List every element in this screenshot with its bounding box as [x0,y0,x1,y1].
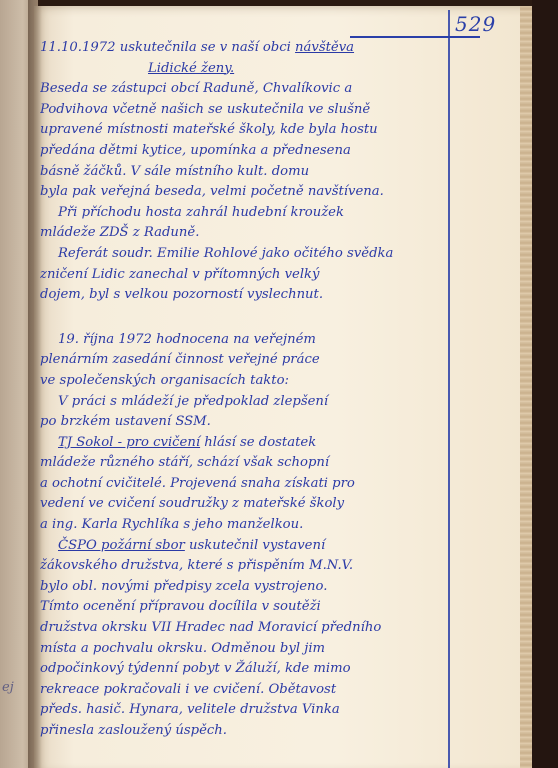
entry1-heading-underlined: návštěva [295,40,354,55]
text-line: Podvihova včetně našich se uskutečnila v… [40,100,445,121]
sokol-heading: TJ Sokol - pro cvičení hlásí se dostatek [40,433,445,454]
fire-brigade-text: uskutečnil vystavení [185,538,325,553]
text-line: V práci s mládeží je předpoklad zlepšení [40,392,445,413]
document-scan: 529 ej 11.10.1972 uskutečnila se v naší … [0,0,558,768]
text-line: bylo obl. novými předpisy zcela vystroje… [40,577,445,598]
text-line: upravené místnosti mateřské školy, kde b… [40,120,445,141]
text-line: 19. října 1972 hodnocena na veřejném [40,330,445,351]
text-line: rekreace pokračovali i ve cvičení. Oběta… [40,680,445,701]
text-line: byla pak veřejná beseda, velmi početně n… [40,182,445,203]
entry1-title: Lidické ženy. [40,59,445,80]
text-line: předána dětmi kytice, upomínka a přednes… [40,141,445,162]
entry1-date: 11.10.1972 [40,40,116,55]
sokol-underlined: TJ Sokol - pro cvičení [58,435,200,450]
text-line: družstva okrsku VII Hradec nad Moravicí … [40,618,445,639]
text-line: místa a pochvalu okrsku. Odměnou byl jim [40,639,445,660]
text-line: Při příchodu hosta zahrál hudební krouže… [40,203,445,224]
text-line: dojem, byl s velkou pozorností vyslechnu… [40,285,445,306]
text-line: mládeže různého stáří, schází však schop… [40,453,445,474]
text-line: odpočinkový týdenní pobyt v Žáluží, kde … [40,659,445,680]
page-number: 529 [455,12,496,36]
text-line: vedení ve cvičení soudružky z mateřské š… [40,494,445,515]
fire-brigade-heading: ČSPO požární sbor uskutečnil vystavení [40,536,445,557]
text-line: po brzkém ustavení SSM. [40,412,445,433]
text-line: Referát soudr. Emilie Rohlové jako očité… [40,244,445,265]
page-edge [520,6,532,768]
text-line: a ochotní cvičitelé. Projevená snaha zís… [40,474,445,495]
text-line: ve společenských organisacích takto: [40,371,445,392]
book-binding [532,0,558,768]
text-line: přinesla zasloužený úspěch. [40,721,445,742]
text-line: předs. hasič. Hynara, velitele družstva … [40,700,445,721]
entry1-heading-text: uskutečnila se v naší obci [116,40,296,55]
text-line: Tímto ocenění přípravou docílila v soutě… [40,597,445,618]
fire-brigade-underlined: ČSPO požární sbor [58,538,185,553]
text-line: žákovského družstva, které s přispěním M… [40,556,445,577]
entry1-heading: 11.10.1972 uskutečnila se v naší obci ná… [40,38,445,59]
text-line: básně žáčků. V sále místního kult. domu [40,162,445,183]
text-line: zničení Lidic zanechal v přítomných velk… [40,265,445,286]
sokol-text: hlásí se dostatek [200,435,316,450]
text-line: a ing. Karla Rychlíka s jeho manželkou. [40,515,445,536]
handwritten-text: 11.10.1972 uskutečnila se v naší obci ná… [40,38,445,742]
text-line: mládeže ZDŠ z Raduně. [40,223,445,244]
text-line: Beseda se zástupci obcí Raduně, Chvalíko… [40,79,445,100]
margin-line [448,10,450,768]
text-line: plenárním zasedání činnost veřejné práce [40,350,445,371]
entry-gap [40,306,445,330]
facing-page-text: ej [2,680,14,695]
